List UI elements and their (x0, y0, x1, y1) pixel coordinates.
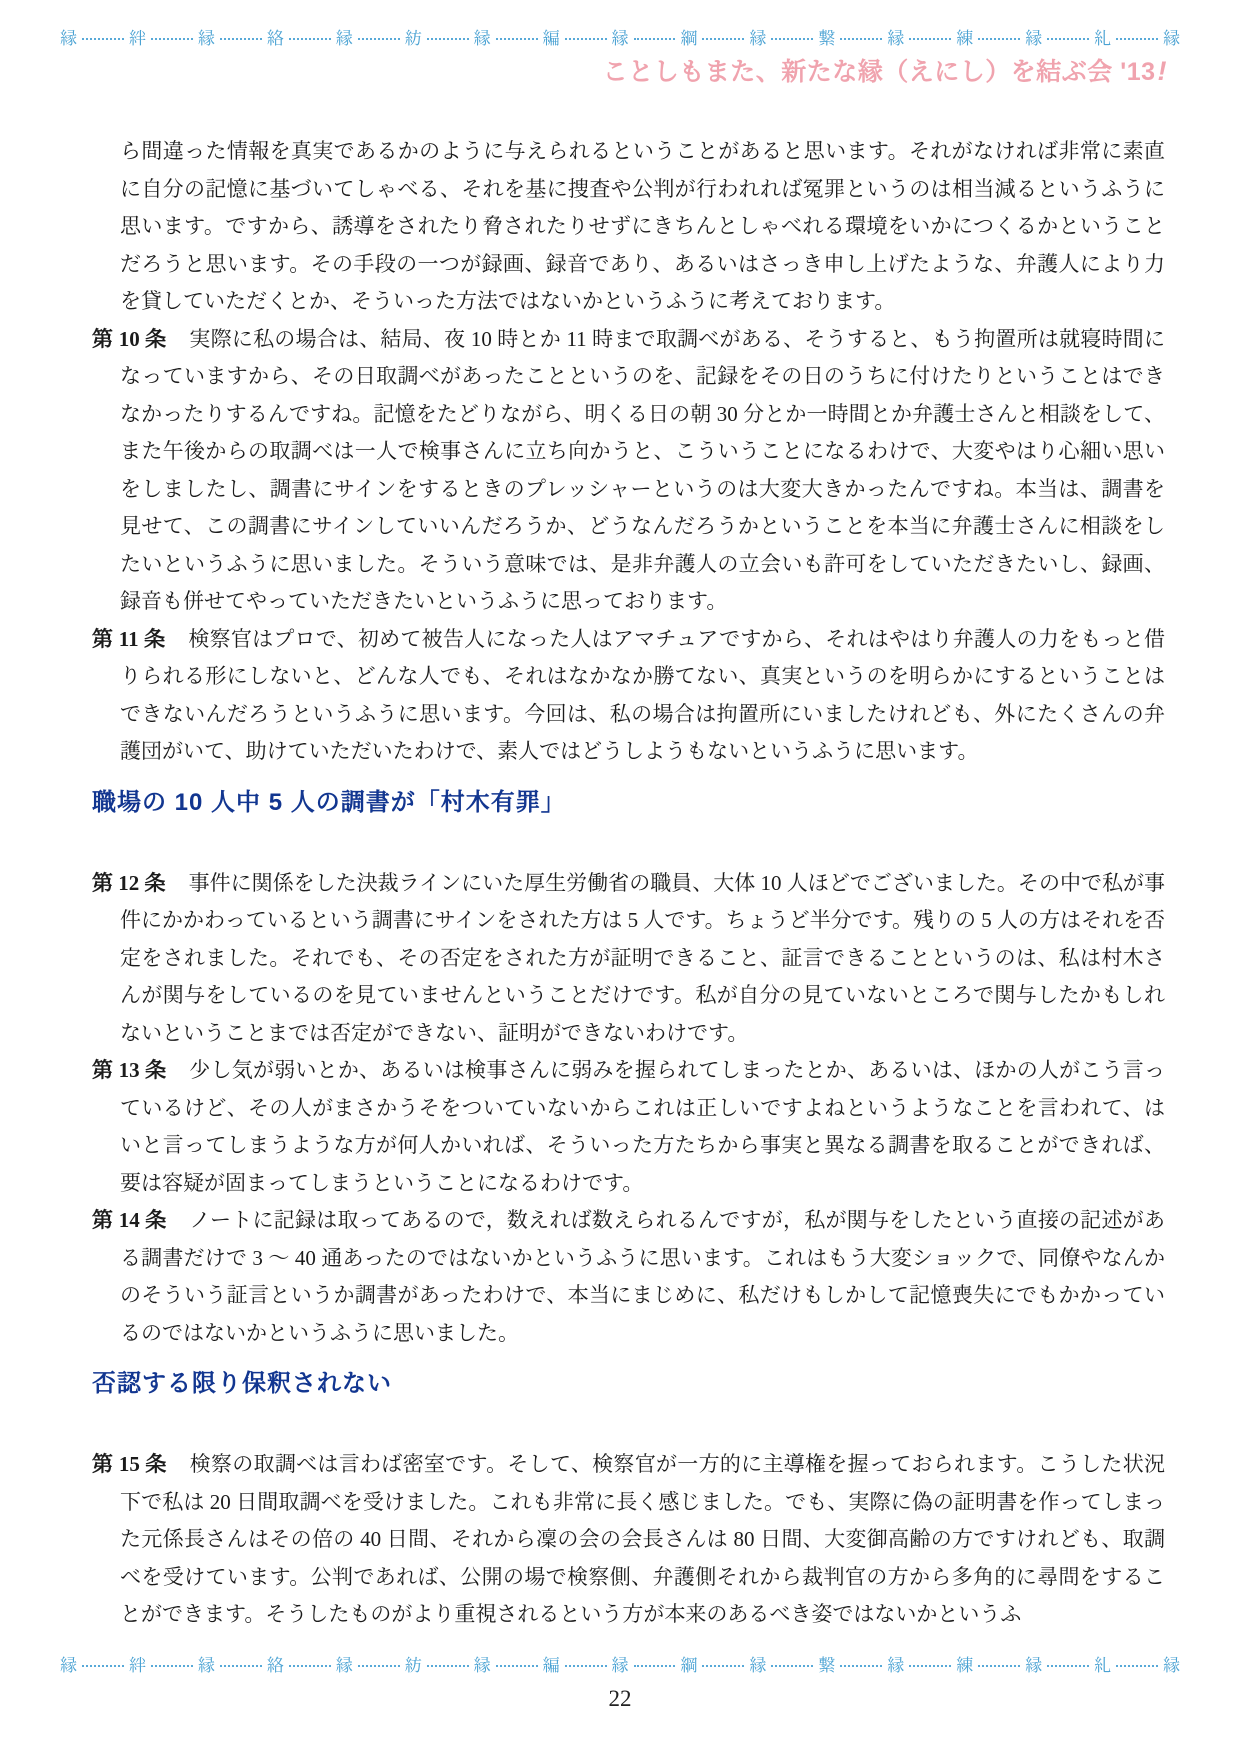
clause-13-label: 第 13 条 (92, 1058, 166, 1082)
dotted-leader (82, 1665, 124, 1667)
dotted-leader (565, 38, 607, 40)
kanji-border-bottom: 縁絆縁絡縁紡縁編縁綱縁繋縁練縁糺縁 (60, 1657, 1180, 1674)
dotted-leader (702, 38, 744, 40)
dotted-leader (151, 38, 193, 40)
border-kanji: 縁 (887, 1657, 904, 1674)
clause-10-label: 第 10 条 (92, 327, 166, 351)
dotted-leader (978, 1665, 1020, 1667)
border-kanji: 縁 (60, 1657, 77, 1674)
dotted-leader (220, 38, 262, 40)
border-kanji: 縁 (198, 1657, 215, 1674)
border-kanji: 練 (956, 1657, 973, 1674)
border-kanji: 縁 (1163, 30, 1180, 47)
dotted-leader (1047, 1665, 1089, 1667)
clause-13: 第 13 条少し気が弱いとか、あるいは検事さんに弱みを握られてしまったとか、ある… (92, 1052, 1165, 1202)
clause-10-text: 実際に私の場合は、結局、夜 10 時とか 11 時まで取調べがある、そうすると、… (120, 327, 1165, 614)
clause-10: 第 10 条実際に私の場合は、結局、夜 10 時とか 11 時まで取調べがある、… (92, 321, 1165, 621)
clause-15-label: 第 15 条 (92, 1452, 167, 1476)
border-kanji: 練 (956, 30, 973, 47)
clause-12: 第 12 条事件に関係をした決裁ラインにいた厚生労働省の職員、大体 10 人ほど… (92, 865, 1165, 1053)
border-kanji: 綱 (680, 1657, 697, 1674)
border-kanji: 縁 (474, 30, 491, 47)
dotted-leader (1116, 38, 1158, 40)
kanji-border-top: 縁絆縁絡縁紡縁編縁綱縁繋縁練縁糺縁 (60, 30, 1180, 47)
dotted-leader (82, 38, 124, 40)
dotted-leader (840, 1665, 882, 1667)
border-kanji: 縁 (198, 30, 215, 47)
dotted-leader (496, 1665, 538, 1667)
border-kanji: 縁 (749, 1657, 766, 1674)
clause-14-text: ノートに記録は取ってあるので，数えれば数えられるんですが，私が関与をしたという直… (120, 1208, 1165, 1345)
border-kanji: 紡 (405, 30, 422, 47)
dotted-leader (427, 38, 469, 40)
clause-15: 第 15 条検察の取調べは言わば密室です。そして、検察官が一方的に主導権を握って… (92, 1446, 1165, 1634)
event-title-text: ことしもまた、新たな縁（えにし）を結ぶ会 '13 (603, 58, 1156, 86)
document-page: 縁絆縁絡縁紡縁編縁綱縁繋縁練縁糺縁 ことしもまた、新たな縁（えにし）を結ぶ会 '… (0, 0, 1240, 1754)
border-kanji: 縁 (749, 30, 766, 47)
border-kanji: 縁 (1025, 30, 1042, 47)
dotted-leader (702, 1665, 744, 1667)
border-kanji: 絆 (129, 30, 146, 47)
dotted-leader (634, 1665, 676, 1667)
continued-paragraph: ら間違った情報を真実であるかのように与えられるということがあると思います。それが… (92, 133, 1165, 321)
dotted-leader (1116, 1665, 1158, 1667)
border-kanji: 繋 (818, 30, 835, 47)
border-kanji: 縁 (60, 30, 77, 47)
section-heading-1: 職場の 10 人中 5 人の調書が「村木有罪」 (92, 788, 1165, 818)
border-kanji: 糺 (1094, 1657, 1111, 1674)
border-kanji: 縁 (336, 1657, 353, 1674)
border-kanji: 縁 (1025, 1657, 1042, 1674)
clause-11-label: 第 11 条 (92, 627, 165, 651)
border-kanji: 絡 (267, 30, 284, 47)
dotted-leader (289, 38, 331, 40)
border-kanji: 縁 (336, 30, 353, 47)
border-kanji: 縁 (612, 1657, 629, 1674)
border-kanji: 糺 (1094, 30, 1111, 47)
dotted-leader (771, 1665, 813, 1667)
section-heading-2: 否認する限り保釈されない (92, 1369, 1165, 1399)
border-kanji: 紡 (405, 1657, 422, 1674)
clause-15-text: 検察の取調べは言わば密室です。そして、検察官が一方的に主導権を握っておられます。… (120, 1452, 1165, 1626)
dotted-leader (496, 38, 538, 40)
border-kanji: 縁 (887, 30, 904, 47)
dotted-leader (427, 1665, 469, 1667)
dotted-leader (358, 38, 400, 40)
border-kanji: 縁 (474, 1657, 491, 1674)
border-kanji: 絆 (129, 1657, 146, 1674)
border-kanji: 縁 (1163, 1657, 1180, 1674)
dotted-leader (151, 1665, 193, 1667)
dotted-leader (358, 1665, 400, 1667)
body-text: ら間違った情報を真実であるかのように与えられるということがあると思います。それが… (92, 133, 1165, 1634)
dotted-leader (1047, 38, 1089, 40)
page-number: 22 (0, 1686, 1240, 1712)
border-kanji: 繋 (818, 1657, 835, 1674)
border-kanji: 縁 (612, 30, 629, 47)
dotted-leader (220, 1665, 262, 1667)
event-title-exclamation: ! (1158, 56, 1168, 86)
dotted-leader (565, 1665, 607, 1667)
border-kanji: 編 (543, 30, 560, 47)
border-kanji: 綱 (680, 30, 697, 47)
dotted-leader (771, 38, 813, 40)
dotted-leader (634, 38, 676, 40)
dotted-leader (289, 1665, 331, 1667)
clause-14-label: 第 14 条 (92, 1208, 166, 1232)
clause-14: 第 14 条ノートに記録は取ってあるので，数えれば数えられるんですが，私が関与を… (92, 1202, 1165, 1352)
clause-12-text: 事件に関係をした決裁ラインにいた厚生労働省の職員、大体 10 人ほどでございまし… (120, 871, 1165, 1045)
dotted-leader (909, 38, 951, 40)
dotted-leader (978, 38, 1020, 40)
border-kanji: 編 (543, 1657, 560, 1674)
clause-11-text: 検察官はプロで、初めて被告人になった人はアマチュアですから、それはやはり弁護人の… (120, 627, 1165, 764)
clause-11: 第 11 条検察官はプロで、初めて被告人になった人はアマチュアですから、それはや… (92, 621, 1165, 771)
border-kanji: 絡 (267, 1657, 284, 1674)
event-title: ことしもまた、新たな縁（えにし）を結ぶ会 '13! (603, 55, 1167, 87)
dotted-leader (909, 1665, 951, 1667)
clause-12-label: 第 12 条 (92, 871, 166, 895)
clause-13-text: 少し気が弱いとか、あるいは検事さんに弱みを握られてしまったとか、あるいは、ほかの… (120, 1058, 1165, 1195)
dotted-leader (840, 38, 882, 40)
